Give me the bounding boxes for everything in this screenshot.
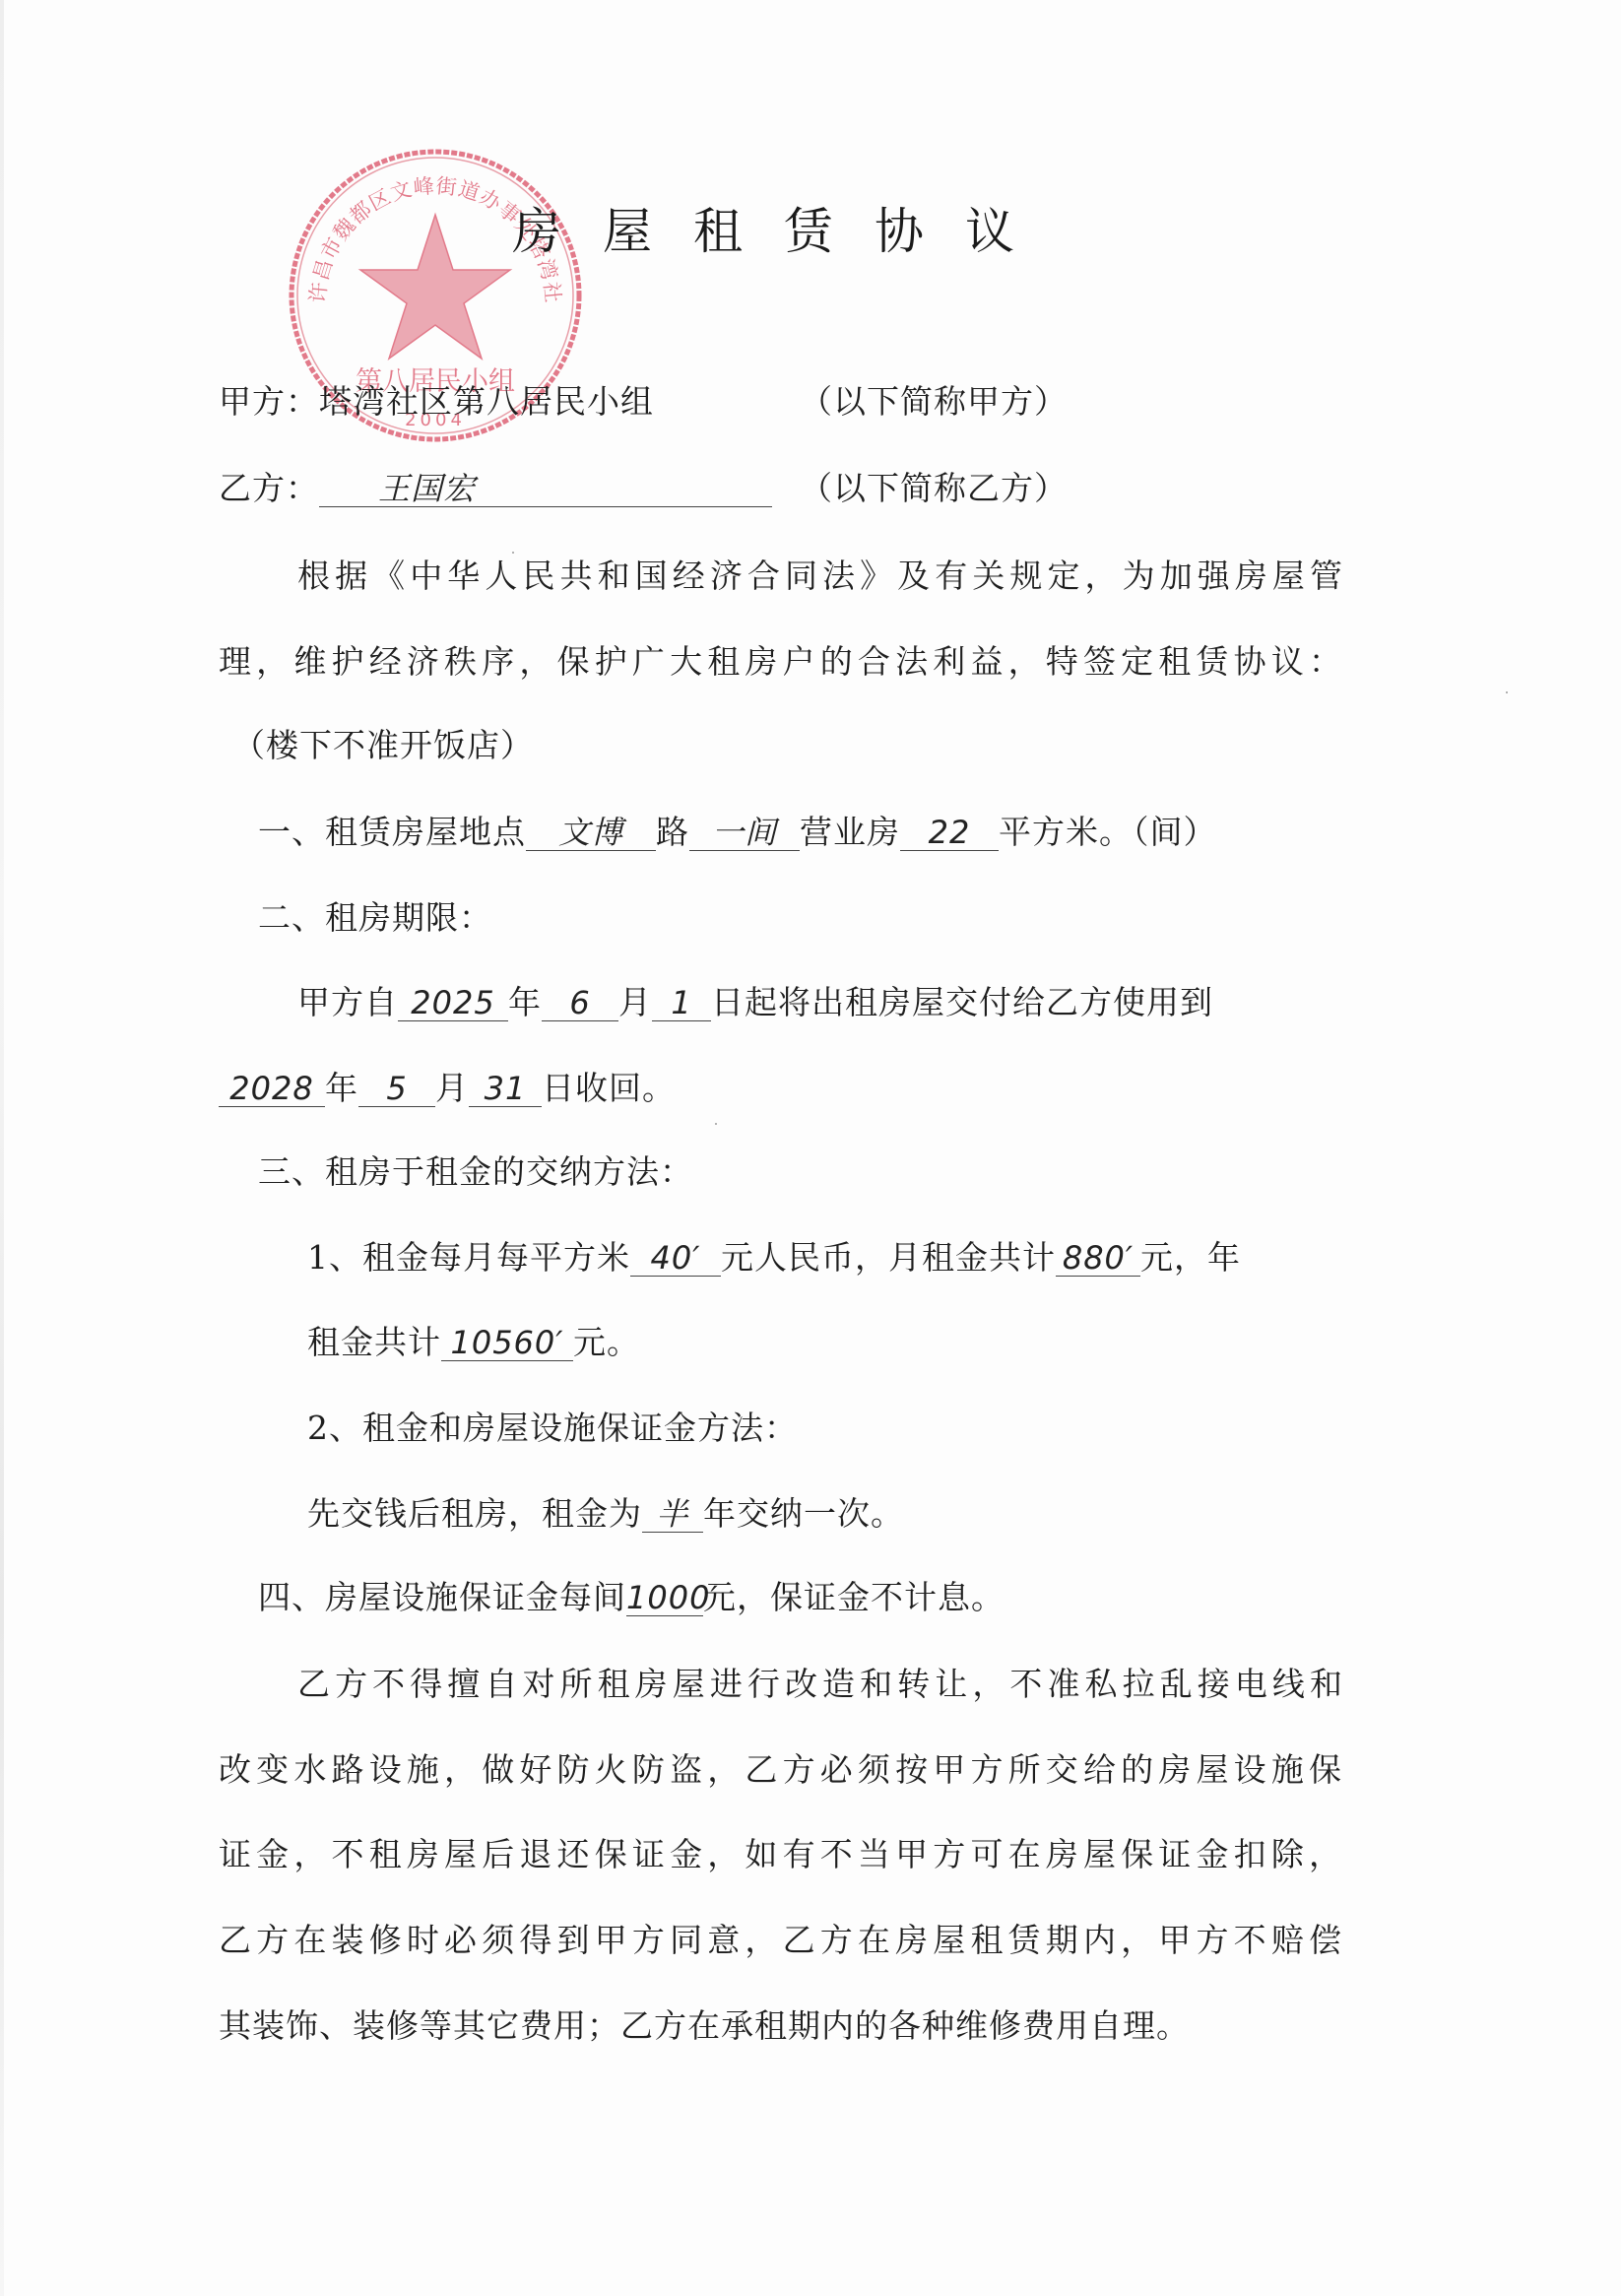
party-a-alias: （以下简称甲方） bbox=[800, 382, 1068, 422]
section-1-location: 一、租赁房屋地点文博路一间营业房22平方米。（间） bbox=[258, 813, 1217, 852]
rate-per-sqm-field[interactable]: 40′ bbox=[630, 1240, 721, 1277]
payment-period-field[interactable]: 半 bbox=[642, 1496, 703, 1533]
star-icon bbox=[360, 215, 510, 359]
end-year-field[interactable]: 2028 bbox=[219, 1071, 325, 1107]
rent-item-2-heading: 2、租金和房屋设施保证金方法： bbox=[307, 1409, 798, 1448]
road-name-field[interactable]: 文博 bbox=[526, 815, 656, 851]
scan-speck bbox=[512, 552, 514, 554]
start-suffix: 日起将出租房屋交付给乙方使用到 bbox=[711, 983, 1213, 1021]
rent-item-1-mid: 元人民币，月租金共计 bbox=[721, 1238, 1056, 1277]
party-a-name: 塔湾社区第八居民小组 bbox=[319, 382, 654, 421]
end-day-field[interactable]: 31 bbox=[469, 1071, 542, 1107]
annual-rent-field[interactable]: 10560′ bbox=[441, 1325, 573, 1361]
payment-prefix: 先交钱后租房，租金为 bbox=[307, 1494, 642, 1533]
end-month-field[interactable]: 5 bbox=[358, 1071, 435, 1107]
scan-edge bbox=[0, 0, 4, 2296]
party-b-alias: （以下简称乙方） bbox=[800, 469, 1068, 508]
preamble-note: （楼下不准开饭店） bbox=[232, 726, 534, 765]
section-1-suffix: 平方米。（间） bbox=[999, 813, 1217, 851]
year-label: 年 bbox=[325, 1069, 358, 1107]
lease-end-line: 2028年5月31日收回。 bbox=[219, 1069, 676, 1108]
road-label: 路 bbox=[656, 813, 689, 851]
section-2-heading: 二、租房期限： bbox=[258, 898, 492, 938]
terms-line-3: 证金，不租房屋后退还保证金，如有不当甲方可在房屋保证金扣除， bbox=[219, 1835, 1342, 1874]
start-year-field[interactable]: 2025 bbox=[398, 985, 508, 1021]
party-b-line: 乙方：王国宏 bbox=[219, 469, 772, 508]
terms-line-5: 其装饰、装修等其它费用；乙方在承租期内的各种维修费用自理。 bbox=[219, 2006, 1190, 2046]
start-prefix: 甲方自 bbox=[297, 983, 398, 1021]
scan-speck bbox=[715, 1123, 717, 1125]
scan-speck bbox=[1506, 691, 1508, 693]
type-label: 营业房 bbox=[800, 813, 900, 851]
section-4-deposit: 四、房屋设施保证金每间1000′元，保证金不计息。 bbox=[258, 1578, 1005, 1617]
party-a-label: 甲方： bbox=[219, 382, 319, 421]
preamble-line-2: 理，维护经济秩序，保护广大租房户的合法利益，特签定租赁协议： bbox=[219, 642, 1342, 682]
section-3-heading: 三、租房于租金的交纳方法： bbox=[258, 1152, 693, 1192]
preamble-line-1: 根据《中华人民共和国经济合同法》及有关规定，为加强房屋管 bbox=[297, 557, 1343, 596]
contract-page: 许昌市魏都区文峰街道办事处塔湾社区居民委员会 第八居民小组 2004 房屋租赁协… bbox=[0, 0, 1621, 2296]
deposit-prefix: 四、房屋设施保证金每间 bbox=[258, 1578, 626, 1616]
end-suffix: 日收回。 bbox=[542, 1069, 676, 1107]
rent-item-1-tail: 元，年 bbox=[1140, 1238, 1241, 1277]
annual-rent-prefix: 租金共计 bbox=[307, 1323, 441, 1361]
document-title: 房屋租赁协议 bbox=[512, 197, 1056, 266]
start-day-field[interactable]: 1 bbox=[652, 985, 711, 1021]
annual-rent-line: 租金共计10560′元。 bbox=[307, 1323, 640, 1362]
annual-rent-suffix: 元。 bbox=[573, 1323, 640, 1361]
deposit-suffix: 元，保证金不计息。 bbox=[703, 1578, 1005, 1616]
lease-start-line: 甲方自2025年6月1日起将出租房屋交付给乙方使用到 bbox=[297, 983, 1213, 1022]
party-a-line: 甲方：塔湾社区第八居民小组 bbox=[219, 382, 654, 422]
year-label: 年 bbox=[508, 983, 542, 1021]
terms-line-1: 乙方不得擅自对所租房屋进行改造和转让，不准私拉乱接电线和 bbox=[297, 1665, 1343, 1704]
month-label: 月 bbox=[618, 983, 652, 1021]
payment-suffix: 年交纳一次。 bbox=[703, 1494, 904, 1533]
start-month-field[interactable]: 6 bbox=[542, 985, 618, 1021]
payment-period-line: 先交钱后租房，租金为半年交纳一次。 bbox=[307, 1494, 904, 1534]
party-b-label: 乙方： bbox=[219, 469, 319, 507]
terms-line-4: 乙方在装修时必须得到甲方同意，乙方在房屋租赁期内，甲方不赔偿 bbox=[219, 1921, 1342, 1960]
monthly-rent-field[interactable]: 880′ bbox=[1056, 1240, 1140, 1277]
party-b-name-field[interactable]: 王国宏 bbox=[319, 471, 772, 507]
rent-item-1-prefix: 1、租金每月每平方米 bbox=[307, 1238, 630, 1277]
terms-line-2: 改变水路设施，做好防火防盗，乙方必须按甲方所交给的房屋设施保 bbox=[219, 1750, 1342, 1790]
rent-rate-line: 1、租金每月每平方米40′元人民币，月租金共计880′元，年 bbox=[307, 1238, 1241, 1278]
section-1-prefix: 一、租赁房屋地点 bbox=[258, 813, 526, 851]
unit-count-field[interactable]: 一间 bbox=[689, 815, 800, 851]
month-label: 月 bbox=[435, 1069, 469, 1107]
deposit-field[interactable]: 1000′ bbox=[626, 1580, 703, 1616]
area-field[interactable]: 22 bbox=[900, 815, 999, 851]
